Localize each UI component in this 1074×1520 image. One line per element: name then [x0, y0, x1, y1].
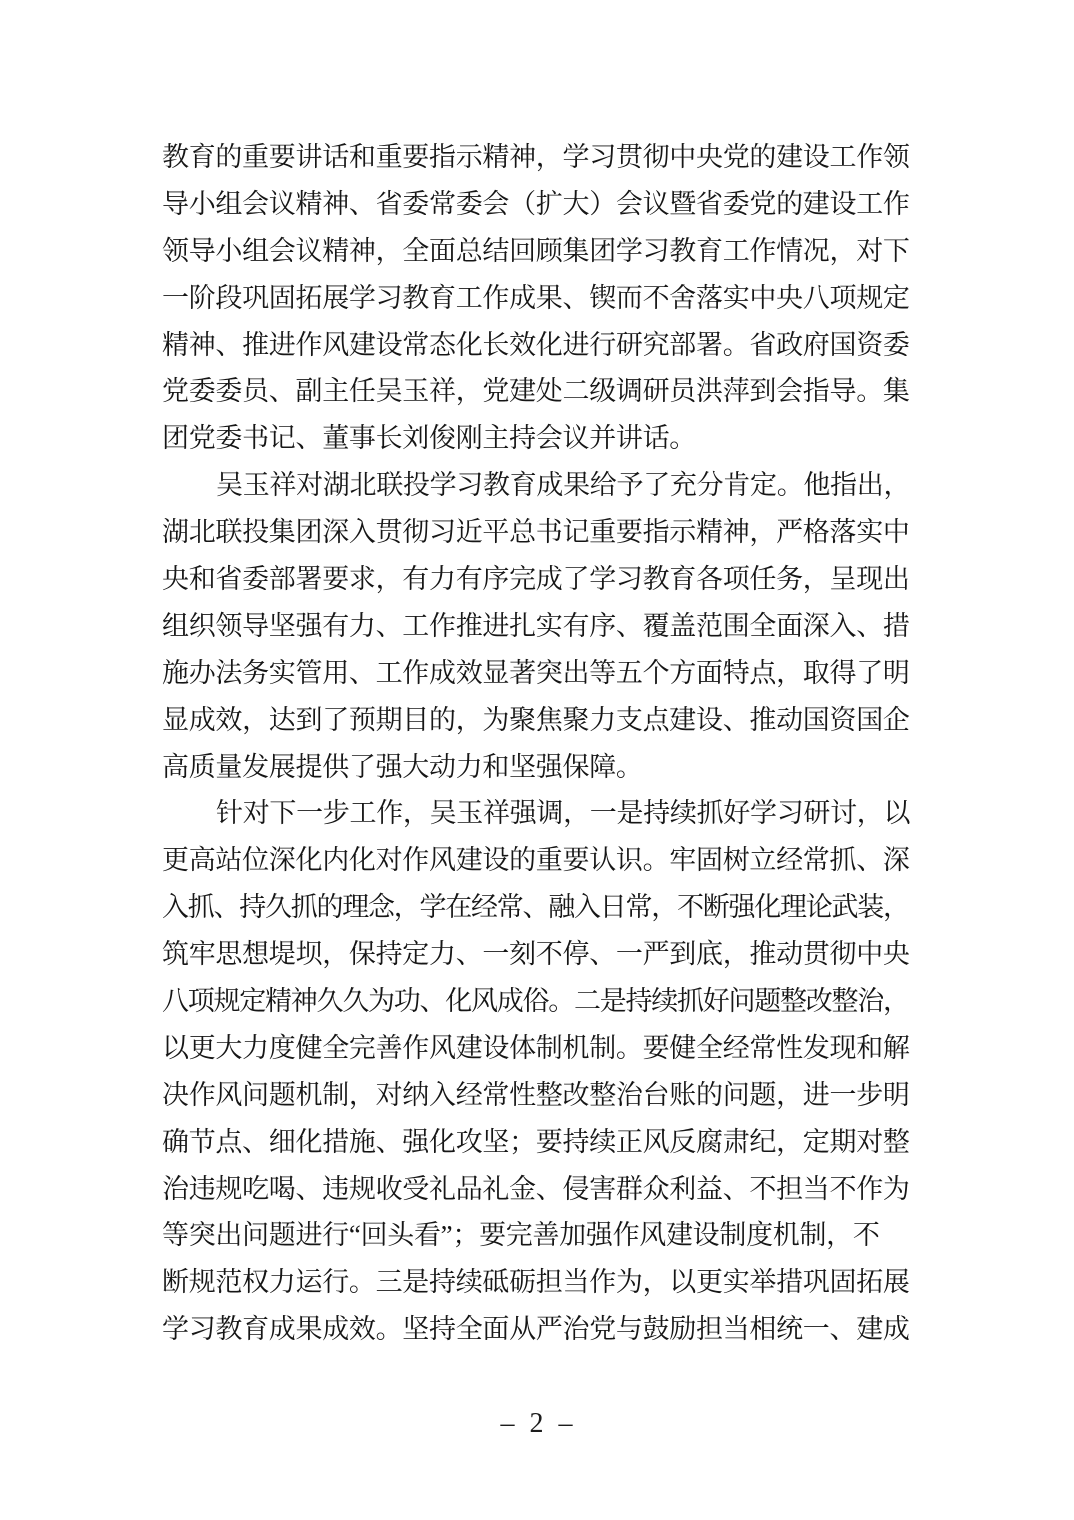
text-line: 一阶段巩固拓展学习教育工作成果、锲而不舍落实中央八项规定 [162, 275, 910, 322]
text-line: 以更大力度健全完善作风建设体制机制。要健全经常性发现和解 [162, 1025, 910, 1072]
text-line: 高质量发展提供了强大动力和坚强保障。 [162, 744, 910, 791]
text-line: 治违规吃喝、违规收受礼品礼金、侵害群众利益、不担当不作为 [162, 1166, 910, 1213]
text-line: 央和省委部署要求，有力有序完成了学习教育各项任务，呈现出 [162, 556, 910, 603]
paragraph-second: 吴玉祥对湖北联投学习教育成果给予了充分肯定。他指出， 湖北联投集团深入贯彻习近平… [162, 462, 910, 790]
paragraph-third: 针对下一步工作，吴玉祥强调，一是持续抓好学习研讨，以 更高站位深化内化对作风建设… [162, 790, 910, 1353]
text-line: 导小组会议精神、省委常委会（扩大）会议暨省委党的建设工作 [162, 181, 910, 228]
text-line: 党委委员、副主任吴玉祥，党建处二级调研员洪萍到会指导。集 [162, 368, 910, 415]
page-number: – 2 – [0, 1408, 1074, 1440]
text-line: 决作风问题机制，对纳入经常性整改整治台账的问题，进一步明 [162, 1072, 910, 1119]
text-line: 更高站位深化内化对作风建设的重要认识。牢固树立经常抓、深 [162, 837, 910, 884]
text-line: 教育的重要讲话和重要指示精神，学习贯彻中央党的建设工作领 [162, 134, 910, 181]
text-line: 入抓、持久抓的理念，学在经常、融入日常，不断强化理论武装， [162, 884, 910, 931]
text-line: 施办法务实管用、工作成效显著突出等五个方面特点，取得了明 [162, 650, 910, 697]
text-line: 等突出问题进行“回头看”；要完善加强作风建设制度机制，不 [162, 1212, 910, 1259]
text-line: 组织领导坚强有力、工作推进扎实有序、覆盖范围全面深入、措 [162, 603, 910, 650]
text-line: 筑牢思想堤坝，保持定力、一刻不停、一严到底，推动贯彻中央 [162, 931, 910, 978]
text-line: 学习教育成果成效。坚持全面从严治党与鼓励担当相统一、建成 [162, 1306, 910, 1353]
text-line: 针对下一步工作，吴玉祥强调，一是持续抓好学习研讨，以 [162, 790, 910, 837]
text-line: 湖北联投集团深入贯彻习近平总书记重要指示精神，严格落实中 [162, 509, 910, 556]
paragraph-continuation: 教育的重要讲话和重要指示精神，学习贯彻中央党的建设工作领 导小组会议精神、省委常… [162, 134, 910, 462]
text-line: 断规范权力运行。三是持续砥砺担当作为，以更实举措巩固拓展 [162, 1259, 910, 1306]
text-line: 显成效，达到了预期目的，为聚焦聚力支点建设、推动国资国企 [162, 697, 910, 744]
text-line: 领导小组会议精神，全面总结回顾集团学习教育工作情况，对下 [162, 228, 910, 275]
text-line: 吴玉祥对湖北联投学习教育成果给予了充分肯定。他指出， [162, 462, 910, 509]
text-line: 八项规定精神久久为功、化风成俗。二是持续抓好问题整改整治， [162, 978, 910, 1025]
document-body: 教育的重要讲话和重要指示精神，学习贯彻中央党的建设工作领 导小组会议精神、省委常… [162, 134, 910, 1353]
document-page: 教育的重要讲话和重要指示精神，学习贯彻中央党的建设工作领 导小组会议精神、省委常… [0, 0, 1074, 1520]
text-line: 确节点、细化措施、强化攻坚；要持续正风反腐肃纪，定期对整 [162, 1119, 910, 1166]
text-line: 团党委书记、董事长刘俊刚主持会议并讲话。 [162, 415, 910, 462]
text-line: 精神、推进作风建设常态化长效化进行研究部署。省政府国资委 [162, 322, 910, 369]
